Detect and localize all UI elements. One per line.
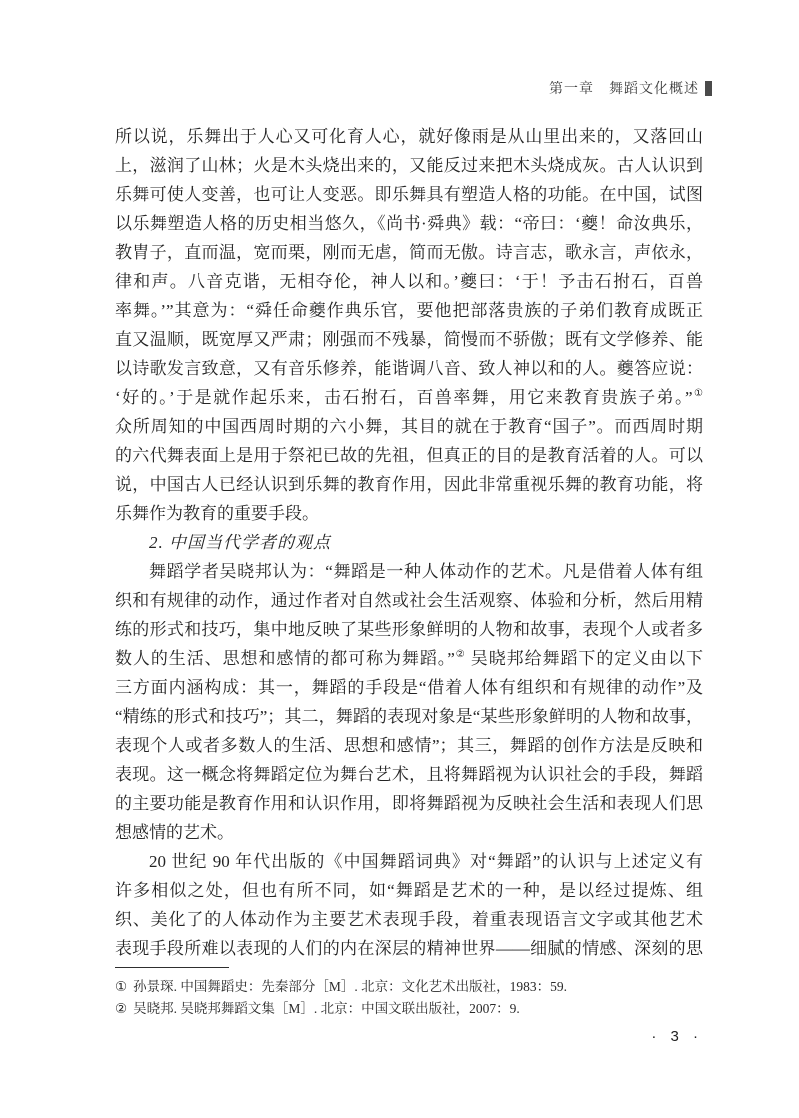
text-line: 三方面内涵构成：其一，舞蹈的手段是“借着人体有组织和有规律的动作”及 [115,673,703,702]
text-line: 想感情的艺术。 [115,818,703,847]
text-line: 许多相似之处，但也有所不同，如“舞蹈是艺术的一种，是以经过提炼、组 [115,876,703,905]
text-line: 表现。这一概念将舞蹈定位为舞台艺术，且将舞蹈视为认识社会的手段，舞蹈 [115,760,703,789]
text-line: 乐舞可使人变善，也可让人变恶。即乐舞具有塑造人格的功能。在中国，试图 [115,180,703,209]
footnote-marker: ① [115,979,127,994]
text-line: 上，滋润了山林；火是木头烧出来的，又能反过来把木头烧成灰。古人认识到 [115,151,703,180]
text-line: 练的形式和技巧，集中地反映了某些形象鲜明的人物和故事，表现个人或者多 [115,615,703,644]
text-line: ‘好的。’于是就作起乐来，击石拊石，百兽率舞，用它来教育贵族子弟。”① [115,383,703,412]
footnote-marker: ② [115,1001,127,1016]
section-heading: 2. 中国当代学者的观点 [115,528,703,557]
text-line: 说，中国古人已经认识到乐舞的教育作用，因此非常重视乐舞的教育功能，将 [115,470,703,499]
footnote-ref: ② [455,649,466,660]
text-line: 舞蹈学者吴晓邦认为：“舞蹈是一种人体动作的艺术。凡是借着人体有组 [115,557,703,586]
book-page: 第一章 舞蹈文化概述 所以说，乐舞出于人心又可化育人心，就好像雨是从山里出来的，… [0,0,799,1118]
footnote: ①孙景琛. 中国舞蹈史：先秦部分［M］. 北京：文化艺术出版社，1983：59. [115,976,703,998]
page-number: · 3 · [651,1028,703,1045]
text-line: 乐舞作为教育的重要手段。 [115,499,703,528]
body-text: 所以说，乐舞出于人心又可化育人心，就好像雨是从山里出来的，又落回山上，滋润了山林… [115,122,703,963]
text-line: 以乐舞塑造人格的历史相当悠久，《尚书·舜典》载：“帝曰：‘夔！命汝典乐， [115,209,703,238]
text-line: 以诗歌发言致意，又有音乐修养，能谐调八音、致人神以和的人。夔答应说： [115,354,703,383]
footnote-ref: ① [693,388,703,399]
text-line: 表现手段所难以表现的人们的内在深层的精神世界——细腻的情感、深刻的思 [115,934,703,963]
footnote-text: 孙景琛. 中国舞蹈史：先秦部分［M］. 北京：文化艺术出版社，1983：59. [133,979,567,994]
text-line: 20 世纪 90 年代出版的《中国舞蹈词典》对“舞蹈”的认识与上述定义有 [115,847,703,876]
footnote-text: 吴晓邦. 吴晓邦舞蹈文集［M］. 北京：中国文联出版社，2007：9. [133,1001,520,1016]
text-line: 直又温顺，既宽厚又严肃；刚强而不残暴，简慢而不骄傲；既有文学修养、能 [115,325,703,354]
text-line: 织和有规律的动作，通过作者对自然或社会生活观察、体验和分析，然后用精 [115,586,703,615]
text-line: 所以说，乐舞出于人心又可化育人心，就好像雨是从山里出来的，又落回山 [115,122,703,151]
running-header: 第一章 舞蹈文化概述 [549,78,712,98]
text-line: 数人的生活、思想和感情的都可称为舞蹈。”② 吴晓邦给舞蹈下的定义由以下 [115,644,703,673]
text-line: 表现个人或者多数人的生活、思想和感情”；其三，舞蹈的创作方法是反映和 [115,731,703,760]
footnote-divider [115,967,229,968]
text-line: “精练的形式和技巧”；其二，舞蹈的表现对象是“某些形象鲜明的人物和故事， [115,702,703,731]
text-line: 律和声。八音克谐，无相夺伦，神人以和。’夔曰：‘于！予击石拊石，百兽 [115,267,703,296]
text-line: 众所周知的中国西周时期的六小舞，其目的就在于教育“国子”。而西周时期 [115,412,703,441]
running-header-text: 第一章 舞蹈文化概述 [549,78,699,98]
text-line: 的六代舞表面上是用于祭祀已故的先祖，但真正的目的是教育活着的人。可以 [115,441,703,470]
text-line: 的主要功能是教育作用和认识作用，即将舞蹈视为反映社会生活和表现人们思 [115,789,703,818]
text-line: 教胄子，直而温，宽而栗，刚而无虐，简而无傲。诗言志，歌永言，声依永， [115,238,703,267]
footnote: ②吴晓邦. 吴晓邦舞蹈文集［M］. 北京：中国文联出版社，2007：9. [115,998,703,1020]
header-bar-icon [705,81,712,96]
footnotes: ①孙景琛. 中国舞蹈史：先秦部分［M］. 北京：文化艺术出版社，1983：59.… [115,976,703,1020]
text-line: 率舞。’”其意为：“舜任命夔作典乐官，要他把部落贵族的子弟们教育成既正 [115,296,703,325]
text-line: 织、美化了的人体动作为主要艺术表现手段，着重表现语言文字或其他艺术 [115,905,703,934]
